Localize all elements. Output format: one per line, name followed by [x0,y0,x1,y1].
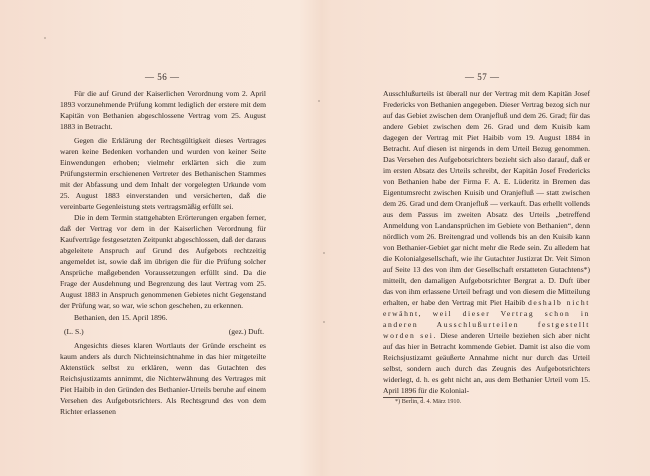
signature-name: (gez.) Duft. [229,326,264,337]
paper-speck [44,37,46,39]
signature-place-date: Bethanien, den 15. April 1896. [60,312,266,323]
paragraph-text: Ausschlußurteils ist überall nur der Ver… [383,89,590,307]
paragraph: Die in dem Termin stattgehabten Erörteru… [60,212,266,311]
seal-mark: (L. S.) [64,326,84,337]
book-spread: — 56 — Für die auf Grund der Kaiserliche… [0,0,650,476]
paragraph: Ausschlußurteils ist überall nur der Ver… [383,88,590,396]
paragraph: Gegen die Erklärung der Rechtsgültigkeit… [60,135,266,212]
footnote: *) Berlin, d. 4. März 1910. [383,398,590,406]
page-number: — 57 — [465,72,500,82]
signature-row: (L. S.) (gez.) Duft. [60,326,266,337]
right-page: — 57 — Ausschlußurteils ist überall nur … [325,0,650,476]
page-number: — 56 — [145,72,180,82]
paper-speck [318,100,320,102]
paper-speck [323,252,325,254]
paper-speck [323,321,325,323]
paragraph: Angesichts dieses klaren Wortlauts der G… [60,340,266,417]
paragraph-text: Diese anderen Urteile beziehen sich aber… [383,331,590,395]
page-body: Ausschlußurteils ist überall nur der Ver… [383,88,590,406]
paragraph: Für die auf Grund der Kaiserlichen Veror… [60,88,266,132]
left-page: — 56 — Für die auf Grund der Kaiserliche… [0,0,325,476]
page-body: Für die auf Grund der Kaiserlichen Veror… [60,88,266,417]
